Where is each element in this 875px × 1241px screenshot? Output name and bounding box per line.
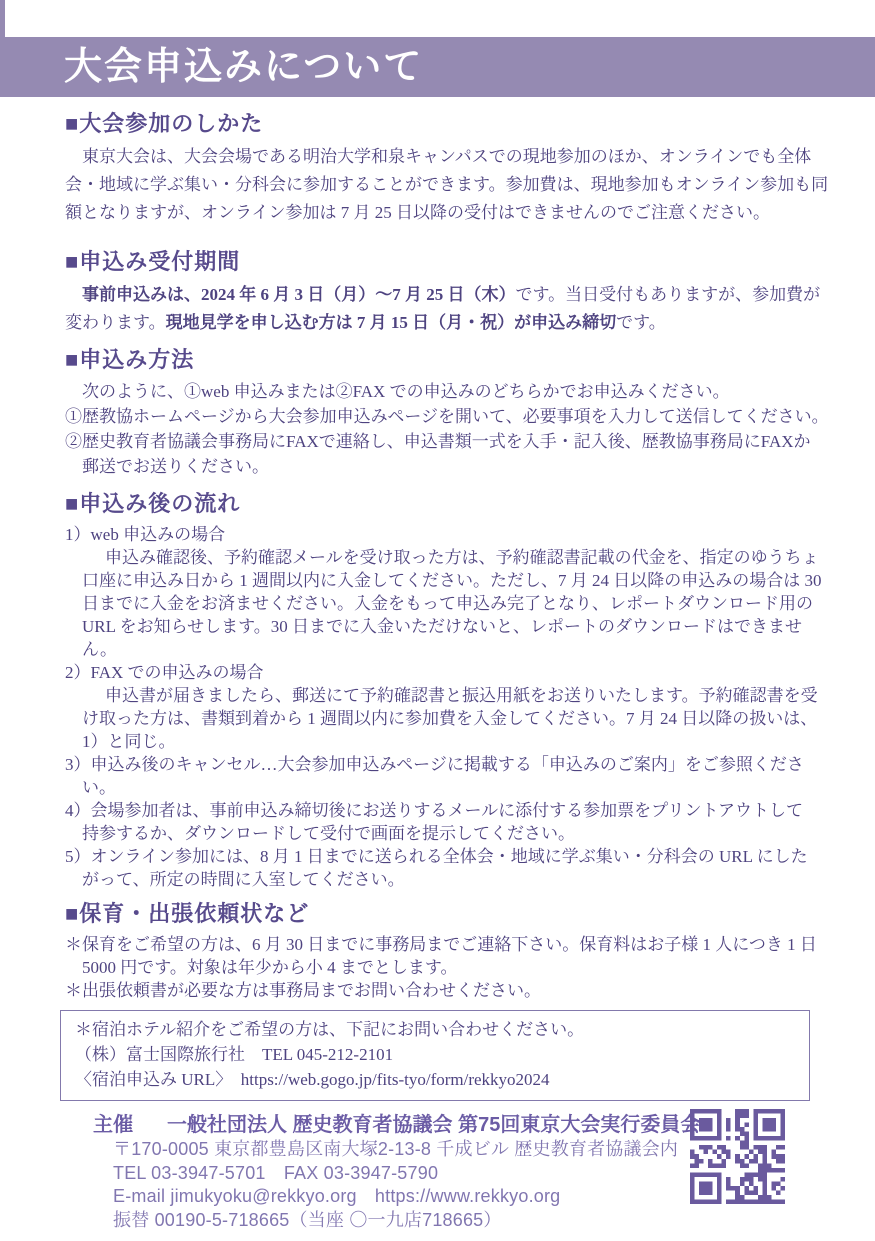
text-line: 4）会場参加者は、事前申込み締切後にお送りするメールに添付する参加票をプリントア… (65, 799, 817, 822)
text-line: 変わります。現地見学を申し込む方は 7 月 15 日（月・祝）が申込み締切です。 (65, 309, 817, 337)
text-line: 1）web 申込みの場合 (65, 523, 817, 546)
text-line: け取った方は、書類到着から 1 週間以内に参加費を入金してください。7 月 24… (65, 707, 817, 730)
section-heading: ■申込み方法 (65, 347, 817, 373)
section: ■申込み方法次のように、①web 申込みまたは②FAX での申込みのどちらかでお… (65, 347, 817, 479)
text-line: ＊保育をご希望の方は、6 月 30 日までに事務局までご連絡下さい。保育料はお子… (65, 933, 817, 956)
text-line: ①歴教協ホームページから大会参加申込みページを開いて、必要事項を入力して送信して… (65, 404, 817, 429)
box-line: ＊宿泊ホテル紹介をご希望の方は、下記にお問い合わせください。 (75, 1017, 795, 1042)
section: ■大会参加のしかた東京大会は、大会会場である明治大学和泉キャンパスでの現地参加の… (65, 111, 817, 227)
text-line: 1）と同じ。 (65, 730, 817, 753)
footer-postal-transfer: 振替 00190-5-718665（当座 〇一九店718665） (113, 1209, 817, 1233)
text-line: がって、所定の時間に入室してください。 (65, 868, 817, 891)
footer: 主催一般社団法人 歴史教育者協議会 第75回東京大会実行委員会 〒170-000… (65, 1113, 817, 1232)
text-line: 申込み確認後、予約確認メールを受け取った方は、予約確認書記載の代金を、指定のゆう… (65, 546, 817, 569)
text-line: 東京大会は、大会会場である明治大学和泉キャンパスでの現地参加のほか、オンラインで… (65, 143, 817, 171)
text-line: 5）オンライン参加には、8 月 1 日までに送られる全体会・地域に学ぶ集い・分科… (65, 845, 817, 868)
hotel-info-box: ＊宿泊ホテル紹介をご希望の方は、下記にお問い合わせください。（株）富士国際旅行社… (60, 1010, 810, 1101)
text-line: 次のように、①web 申込みまたは②FAX での申込みのどちらかでお申込みくださ… (65, 379, 817, 404)
text-line: 口座に申込み日から 1 週間以内に入金してください。ただし、7 月 24 日以降… (65, 569, 817, 592)
sections: ■大会参加のしかた東京大会は、大会会場である明治大学和泉キャンパスでの現地参加の… (65, 111, 817, 1002)
box-line: 〈宿泊申込み URL〉 https://web.gogo.jp/fits-tyo… (75, 1067, 795, 1092)
text-line: ＊出張依頼書が必要な方は事務局までお問い合わせください。 (65, 979, 817, 1002)
text-line: 郵送でお送りください。 (65, 454, 817, 479)
text-line: 持参するか、ダウンロードして受付で画面を提示してください。 (65, 822, 817, 845)
section-heading: ■申込み後の流れ (65, 491, 817, 517)
section: ■申込み後の流れ1）web 申込みの場合申込み確認後、予約確認メールを受け取った… (65, 491, 817, 891)
text-line: 2）FAX での申込みの場合 (65, 661, 817, 684)
text-line: 額となりますが、オンライン参加は 7 月 25 日以降の受付はできませんのでご注… (65, 199, 817, 227)
section-heading: ■大会参加のしかた (65, 111, 817, 137)
text-line: 3）申込み後のキャンセル…大会参加申込みページに掲載する「申込みのご案内」をご参… (65, 753, 817, 776)
section: ■申込み受付期間事前申込みは、2024 年 6 月 3 日（月）～7 月 25 … (65, 249, 817, 337)
publisher-label: 主催 (93, 1114, 133, 1136)
box-line: （株）富士国際旅行社 TEL 045-212-2101 (75, 1042, 795, 1067)
qr-code-icon (690, 1109, 785, 1204)
text-line: 申込書が届きましたら、郵送にて予約確認書と振込用紙をお送りいたします。予約確認書… (65, 684, 817, 707)
page-edge-mark (0, 0, 5, 38)
text-line: URL をお知らせします。30 日までに入金いただけないと、レポートのダウンロー… (65, 615, 817, 638)
text-line: 日までに入金をお済ませください。入金をもって申込み完了となり、レポートダウンロー… (65, 592, 817, 615)
text-line: 5000 円です。対象は年少から小 4 までとします。 (65, 956, 817, 979)
page-title: 大会申込みについて (0, 37, 875, 97)
publisher-name: 一般社団法人 歴史教育者協議会 第75回東京大会実行委員会 (167, 1114, 700, 1136)
text-line: ん。 (65, 638, 817, 661)
section: ■保育・出張依頼状など＊保育をご希望の方は、6 月 30 日までに事務局までご連… (65, 901, 817, 1002)
section-heading: ■保育・出張依頼状など (65, 901, 817, 927)
text-line: ②歴史教育者協議会事務局にFAXで連絡し、申込書類一式を入手・記入後、歴教協事務… (65, 429, 817, 454)
text-line: い。 (65, 776, 817, 799)
section-heading: ■申込み受付期間 (65, 249, 817, 275)
content: ■大会参加のしかた東京大会は、大会会場である明治大学和泉キャンパスでの現地参加の… (65, 97, 817, 1232)
text-line: 事前申込みは、2024 年 6 月 3 日（月）～7 月 25 日（木）です。当… (65, 281, 817, 309)
title-banner: 大会申込みについて (0, 37, 875, 97)
text-line: 会・地域に学ぶ集い・分科会に参加することができます。参加費は、現地参加もオンライ… (65, 171, 817, 199)
